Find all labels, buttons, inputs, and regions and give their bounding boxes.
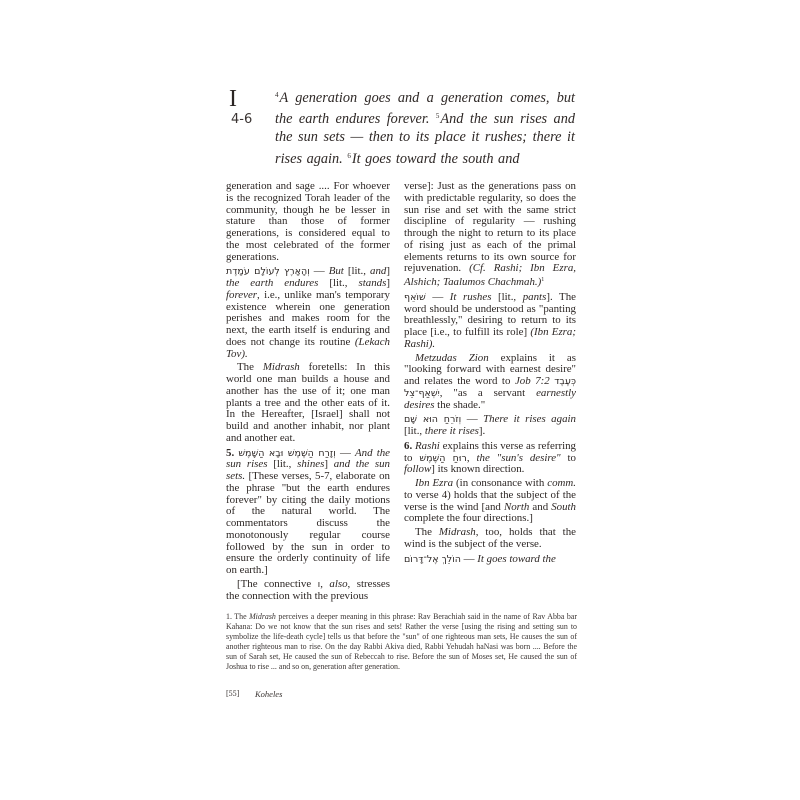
paragraph: וְהָאָרֶץ לְעוֹלָם עֹמָדֶת — But [lit., … (226, 266, 390, 360)
paragraph: [The connective ו, also, stresses the co… (226, 579, 390, 603)
paragraph: generation and sage .... For whoever is … (226, 181, 390, 263)
verse-number: 4 (275, 91, 279, 99)
page-number: [55] (226, 689, 239, 698)
paragraph: שׁוֹאֵף — It rushes [lit., pants]. The w… (404, 292, 576, 351)
paragraph: The Midrash foretells: In this world one… (226, 362, 390, 444)
commentary-column-left: generation and sage .... For whoever is … (226, 181, 390, 602)
paragraph: verse]: Just as the generations pass on … (404, 181, 576, 289)
verse-number: 5 (436, 112, 440, 120)
paragraph: הוֹלֵךְ אֶל־דָּרוֹם — It goes toward the (404, 554, 576, 566)
verse-marker: 6. (404, 440, 412, 452)
footnote-ref[interactable]: 1 (541, 277, 544, 283)
chapter-number: I (229, 86, 237, 112)
hebrew-lemma: וְזָרַח הַשֶּׁמֶשׁ וּבָא הַשָּׁמֶשׁ (238, 448, 335, 459)
verse-number: 6 (347, 152, 351, 160)
paragraph: וְזֹרֵחַ הוּא שָׁם — There it rises agai… (404, 414, 576, 438)
hebrew-lemma: וְזֹרֵחַ הוּא שָׁם (404, 414, 461, 425)
running-title: Koheles (255, 689, 282, 699)
translation-block: 4A generation goes and a generation come… (275, 86, 575, 168)
book-page: I 4-6 4A generation goes and a generatio… (0, 0, 800, 800)
hebrew-lemma: וְהָאָרֶץ לְעוֹלָם עֹמָדֶת (226, 266, 310, 277)
paragraph: 5. וְזָרַח הַשֶּׁמֶשׁ וּבָא הַשָּׁמֶשׁ —… (226, 448, 390, 577)
hebrew-lemma: הוֹלֵךְ אֶל־דָּרוֹם (404, 554, 461, 565)
paragraph: Ibn Ezra (in consonance with comm. to ve… (404, 478, 576, 525)
hebrew-lemma: שׁוֹאֵף (404, 292, 426, 303)
paragraph: 6. Rashi explains this verse as referrin… (404, 441, 576, 476)
commentary-column-right: verse]: Just as the generations pass on … (404, 181, 576, 565)
verse-6: It goes toward the south and (352, 151, 520, 167)
footnote: 1. The Midrash perceives a deeper meanin… (226, 612, 577, 671)
verse-range: 4-6 (231, 112, 252, 127)
verse-marker: 5. (226, 447, 234, 459)
paragraph: The Midrash, too, holds that the wind is… (404, 527, 576, 551)
paragraph: Metzudas Zion explains it as "looking fo… (404, 353, 576, 412)
